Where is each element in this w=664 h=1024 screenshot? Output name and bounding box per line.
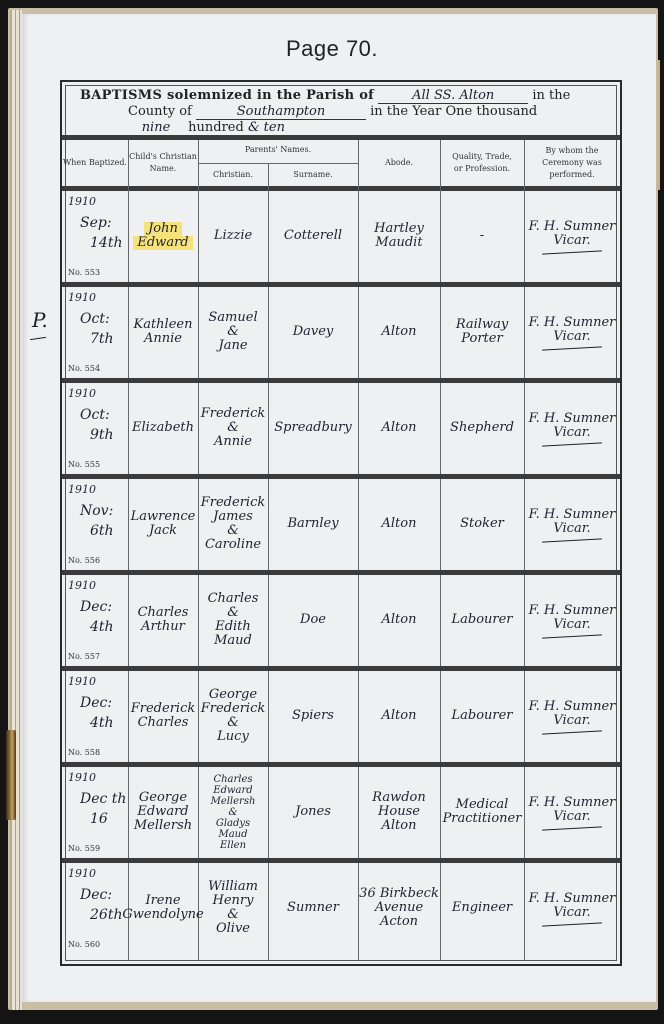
- entry-year: 1910: [68, 483, 96, 496]
- entry-day: 26th: [80, 905, 122, 925]
- cell-surname: Spiers: [268, 671, 358, 761]
- entry-day: 4th: [80, 713, 114, 733]
- quality-line: Medical: [456, 798, 509, 812]
- quality-line: Porter: [461, 332, 502, 346]
- cell-officiant: F. H. SumnerVicar.: [524, 575, 620, 665]
- cell-parents-christian: Charles&EdithMaud: [198, 575, 268, 665]
- register-heading: BAPTISMS solemnized in the Parish of All…: [62, 82, 620, 138]
- surname-value: Jones: [295, 805, 331, 819]
- officiant-line: Vicar.: [553, 330, 590, 344]
- entry-date: Dec:4th: [80, 693, 114, 733]
- officiant-line: Vicar.: [553, 906, 590, 920]
- quality-line: Stoker: [460, 517, 504, 531]
- entry-year: 1910: [68, 675, 96, 688]
- abode-line: 36 Birkbeck: [359, 887, 439, 901]
- parents-christian-line: Mellersh: [211, 796, 256, 807]
- officiant-line: F. H. Sumner: [529, 316, 616, 330]
- child-line: Annie: [144, 332, 182, 346]
- child-line: Jack: [149, 524, 177, 538]
- officiant-line: F. H. Sumner: [529, 220, 616, 234]
- child-line: Edward: [133, 236, 192, 250]
- quality-line: -: [480, 229, 484, 243]
- surname-value: Cotterell: [284, 229, 342, 243]
- entry-year: 1910: [68, 387, 96, 400]
- parents-christian-line: Frederick: [201, 702, 265, 716]
- cell-quality: Stoker: [440, 479, 524, 569]
- signature-underline: [542, 826, 602, 830]
- year-fill-2: & ten: [248, 120, 428, 136]
- entry-number: No. 553: [68, 268, 100, 277]
- register-entry: 1910Dec:4thNo. 557CharlesArthurCharles&E…: [62, 575, 620, 665]
- signature-underline: [542, 442, 602, 446]
- col-child-name: Child's Christian Name.: [128, 140, 198, 185]
- cell-officiant: F. H. SumnerVicar.: [524, 863, 620, 953]
- signature-underline: [542, 250, 602, 254]
- abode-line: Avenue: [375, 901, 423, 915]
- page-title: Page 70.: [0, 36, 664, 62]
- entry-date: Dec th16: [80, 789, 126, 829]
- cell-child: LawrenceJack: [128, 479, 198, 569]
- officiant-line: F. H. Sumner: [529, 796, 616, 810]
- parents-christian-line: George: [209, 688, 257, 702]
- cell-surname: Jones: [268, 767, 358, 857]
- entry-year: 1910: [68, 771, 96, 784]
- cell-officiant: F. H. SumnerVicar.: [524, 383, 620, 473]
- cell-quality: -: [440, 191, 524, 281]
- surname-value: Spiers: [292, 709, 334, 723]
- cell-surname: Barnley: [268, 479, 358, 569]
- parents-christian-line: William: [208, 880, 258, 894]
- entry-month: Sep:: [80, 213, 122, 233]
- abode-line: Alton: [382, 517, 417, 531]
- cell-child: GeorgeEdwardMellersh: [128, 767, 198, 857]
- entry-day: 16: [80, 809, 126, 829]
- cell-child: IreneGwendolyne: [128, 863, 198, 953]
- county-label: County of: [128, 104, 192, 119]
- surname-value: Doe: [300, 613, 326, 627]
- parents-christian-line: Lizzie: [214, 229, 252, 243]
- child-line: Charles: [138, 716, 189, 730]
- child-line: John: [144, 222, 182, 236]
- entry-month: Oct:: [80, 309, 114, 329]
- signature-underline: [542, 538, 602, 542]
- abode-line: Hartley: [374, 222, 424, 236]
- cell-quality: RailwayPorter: [440, 287, 524, 377]
- cell-quality: MedicalPractitioner: [440, 767, 524, 857]
- col-parents-names: Parents' Names.: [198, 140, 358, 160]
- abode-line: Acton: [380, 915, 418, 929]
- parents-christian-line: &: [227, 908, 239, 922]
- child-line: George: [139, 791, 187, 805]
- cell-abode: HartleyMaudit: [358, 191, 440, 281]
- register-entry: 1910Dec:4thNo. 558FrederickCharlesGeorge…: [62, 671, 620, 761]
- cell-child: JohnEdward: [128, 191, 198, 281]
- child-line: Gwendolyne: [122, 908, 203, 922]
- cell-surname: Doe: [268, 575, 358, 665]
- entry-date: Dec:4th: [80, 597, 114, 637]
- register-entry: 1910Sep:14thNo. 553JohnEdwardLizzieCotte…: [62, 191, 620, 281]
- surname-value: Davey: [293, 325, 334, 339]
- child-line: Charles: [138, 606, 189, 620]
- entry-month: Oct:: [80, 405, 114, 425]
- child-line: Arthur: [141, 620, 185, 634]
- col-when-baptized: When Baptized.: [62, 140, 128, 185]
- col-parents-christian: Christian.: [198, 164, 268, 186]
- officiant-line: Vicar.: [553, 810, 590, 824]
- entry-number: No. 558: [68, 748, 100, 757]
- cell-officiant: F. H. SumnerVicar.: [524, 287, 620, 377]
- parents-christian-line: Maud: [214, 634, 252, 648]
- quality-line: Shepherd: [450, 421, 514, 435]
- entry-number: No. 556: [68, 556, 100, 565]
- entry-number: No. 557: [68, 652, 100, 661]
- parents-christian-line: &: [227, 524, 239, 538]
- register-entry: 1910Dec th16No. 559GeorgeEdwardMellershC…: [62, 767, 620, 857]
- entry-day: 7th: [80, 329, 114, 349]
- cell-abode: Alton: [358, 479, 440, 569]
- child-line: Irene: [145, 894, 180, 908]
- cell-officiant: F. H. SumnerVicar.: [524, 671, 620, 761]
- entry-date: Dec:26th: [80, 885, 122, 925]
- cell-abode: Alton: [358, 383, 440, 473]
- officiant-line: F. H. Sumner: [529, 700, 616, 714]
- entry-month: Dec th: [80, 789, 126, 809]
- col-quality: Quality, Trade, or Profession.: [440, 140, 524, 185]
- parents-christian-line: Ellen: [220, 840, 246, 851]
- parents-christian-line: Annie: [214, 435, 252, 449]
- bookmark-ribbon: [657, 60, 660, 190]
- cell-quality: Labourer: [440, 575, 524, 665]
- county-field: Southampton: [196, 104, 366, 120]
- parents-christian-line: &: [227, 606, 239, 620]
- abode-line: Alton: [382, 613, 417, 627]
- cell-parents-christian: Lizzie: [198, 191, 268, 281]
- quality-line: Labourer: [451, 613, 512, 627]
- parents-christian-line: Lucy: [217, 730, 249, 744]
- cell-child: CharlesArthur: [128, 575, 198, 665]
- officiant-line: F. H. Sumner: [529, 508, 616, 522]
- year-label: in the Year One thousand: [370, 104, 537, 119]
- register-entry: 1910Oct:9thNo. 555ElizabethFrederick&Ann…: [62, 383, 620, 473]
- cell-surname: Davey: [268, 287, 358, 377]
- parents-christian-line: Edith: [215, 620, 251, 634]
- child-line: Frederick: [131, 702, 195, 716]
- signature-underline: [542, 730, 602, 734]
- officiant-line: F. H. Sumner: [529, 892, 616, 906]
- cell-officiant: F. H. SumnerVicar.: [524, 479, 620, 569]
- margin-note: P.: [32, 308, 48, 332]
- child-line: Edward: [137, 805, 188, 819]
- parents-christian-line: &: [229, 807, 238, 818]
- cell-officiant: F. H. SumnerVicar.: [524, 191, 620, 281]
- entry-month: Dec:: [80, 885, 122, 905]
- entry-date: Oct:9th: [80, 405, 114, 445]
- page-stack-edge: [10, 10, 22, 1010]
- cell-abode: Alton: [358, 287, 440, 377]
- entry-month: Dec:: [80, 597, 114, 617]
- cell-quality: Engineer: [440, 863, 524, 953]
- entry-day: 4th: [80, 617, 114, 637]
- entry-month: Dec:: [80, 693, 114, 713]
- parents-christian-line: &: [227, 421, 239, 435]
- entry-date: Nov:6th: [80, 501, 114, 541]
- surname-value: Barnley: [287, 517, 338, 531]
- col-officiant: By whom the Ceremony was performed.: [524, 140, 620, 185]
- officiant-line: Vicar.: [553, 234, 590, 248]
- parents-christian-line: Gladys: [216, 818, 250, 829]
- hundred-label: hundred: [188, 120, 244, 135]
- parents-christian-line: Frederick: [201, 407, 265, 421]
- heading-prefix: BAPTISMS solemnized in the Parish of: [80, 88, 374, 103]
- cell-surname: Spreadbury: [268, 383, 358, 473]
- entry-year: 1910: [68, 867, 96, 880]
- signature-underline: [542, 634, 602, 638]
- cell-surname: Sumner: [268, 863, 358, 953]
- officiant-line: Vicar.: [553, 426, 590, 440]
- heading-in-the: in the: [532, 88, 570, 103]
- child-line: Elizabeth: [132, 421, 194, 435]
- col-abode: Abode.: [358, 140, 440, 185]
- book-clasp: [6, 730, 16, 820]
- parents-christian-line: Jane: [218, 339, 247, 353]
- parents-christian-line: Caroline: [205, 538, 261, 552]
- baptism-register-table: BAPTISMS solemnized in the Parish of All…: [60, 80, 622, 966]
- cell-abode: RawdonHouseAlton: [358, 767, 440, 857]
- parents-christian-line: Charles: [213, 774, 252, 785]
- parents-christian-line: Charles: [208, 592, 259, 606]
- parents-christian-line: James: [213, 510, 253, 524]
- abode-line: Rawdon: [372, 791, 426, 805]
- entry-year: 1910: [68, 291, 96, 304]
- entry-number: No. 555: [68, 460, 100, 469]
- signature-underline: [542, 922, 602, 926]
- cell-parents-christian: Frederick&Annie: [198, 383, 268, 473]
- abode-line: Alton: [382, 819, 417, 833]
- parents-christian-line: Samuel: [208, 311, 257, 325]
- officiant-line: Vicar.: [553, 522, 590, 536]
- abode-line: Alton: [382, 709, 417, 723]
- parents-christian-line: Edward: [213, 785, 252, 796]
- entry-number: No. 554: [68, 364, 100, 373]
- cell-parents-christian: FrederickJames&Caroline: [198, 479, 268, 569]
- entry-year: 1910: [68, 579, 96, 592]
- officiant-line: Vicar.: [553, 714, 590, 728]
- officiant-line: F. H. Sumner: [529, 604, 616, 618]
- cell-parents-christian: GeorgeFrederick&Lucy: [198, 671, 268, 761]
- signature-underline: [542, 346, 602, 350]
- child-line: Mellersh: [134, 819, 192, 833]
- entry-day: 6th: [80, 521, 114, 541]
- cell-officiant: F. H. SumnerVicar.: [524, 767, 620, 857]
- cell-parents-christian: WilliamHenry&Olive: [198, 863, 268, 953]
- quality-line: Railway: [456, 318, 508, 332]
- cell-parents-christian: CharlesEdwardMellersh&GladysMaudEllen: [198, 767, 268, 857]
- abode-line: Alton: [382, 421, 417, 435]
- cell-abode: 36 BirkbeckAvenueActon: [358, 863, 440, 953]
- col-parents-surname: Surname.: [268, 164, 358, 186]
- parents-christian-line: &: [227, 325, 239, 339]
- abode-line: Maudit: [375, 236, 422, 250]
- entry-day: 9th: [80, 425, 114, 445]
- register-entry: 1910Dec:26thNo. 560IreneGwendolyneWillia…: [62, 863, 620, 953]
- child-line: Kathleen: [134, 318, 193, 332]
- cell-child: Elizabeth: [128, 383, 198, 473]
- entry-month: Nov:: [80, 501, 114, 521]
- entry-date: Sep:14th: [80, 213, 122, 253]
- quality-line: Engineer: [452, 901, 512, 915]
- officiant-line: Vicar.: [553, 618, 590, 632]
- parents-christian-line: Henry: [213, 894, 254, 908]
- cell-abode: Alton: [358, 575, 440, 665]
- parents-christian-line: &: [227, 716, 239, 730]
- entry-day: 14th: [80, 233, 122, 253]
- cell-quality: Labourer: [440, 671, 524, 761]
- cell-abode: Alton: [358, 671, 440, 761]
- child-line: Lawrence: [131, 510, 196, 524]
- cell-parents-christian: Samuel&Jane: [198, 287, 268, 377]
- cell-child: KathleenAnnie: [128, 287, 198, 377]
- abode-line: Alton: [382, 325, 417, 339]
- parents-christian-line: Maud: [218, 829, 247, 840]
- surname-value: Spreadbury: [274, 421, 351, 435]
- parents-christian-line: Olive: [216, 922, 250, 936]
- entry-date: Oct:7th: [80, 309, 114, 349]
- cell-quality: Shepherd: [440, 383, 524, 473]
- register-entry: 1910Nov:6thNo. 556LawrenceJackFrederickJ…: [62, 479, 620, 569]
- quality-line: Practitioner: [443, 812, 522, 826]
- surname-value: Sumner: [287, 901, 339, 915]
- entry-number: No. 559: [68, 844, 100, 853]
- entry-number: No. 560: [68, 940, 100, 949]
- entry-year: 1910: [68, 195, 96, 208]
- register-entry: 1910Oct:7thNo. 554KathleenAnnieSamuel&Ja…: [62, 287, 620, 377]
- parents-christian-line: Frederick: [201, 496, 265, 510]
- abode-line: House: [378, 805, 420, 819]
- quality-line: Labourer: [451, 709, 512, 723]
- officiant-line: F. H. Sumner: [529, 412, 616, 426]
- parish-field: All SS. Alton: [378, 88, 528, 104]
- cell-surname: Cotterell: [268, 191, 358, 281]
- year-fill-1: nine: [128, 120, 184, 136]
- cell-child: FrederickCharles: [128, 671, 198, 761]
